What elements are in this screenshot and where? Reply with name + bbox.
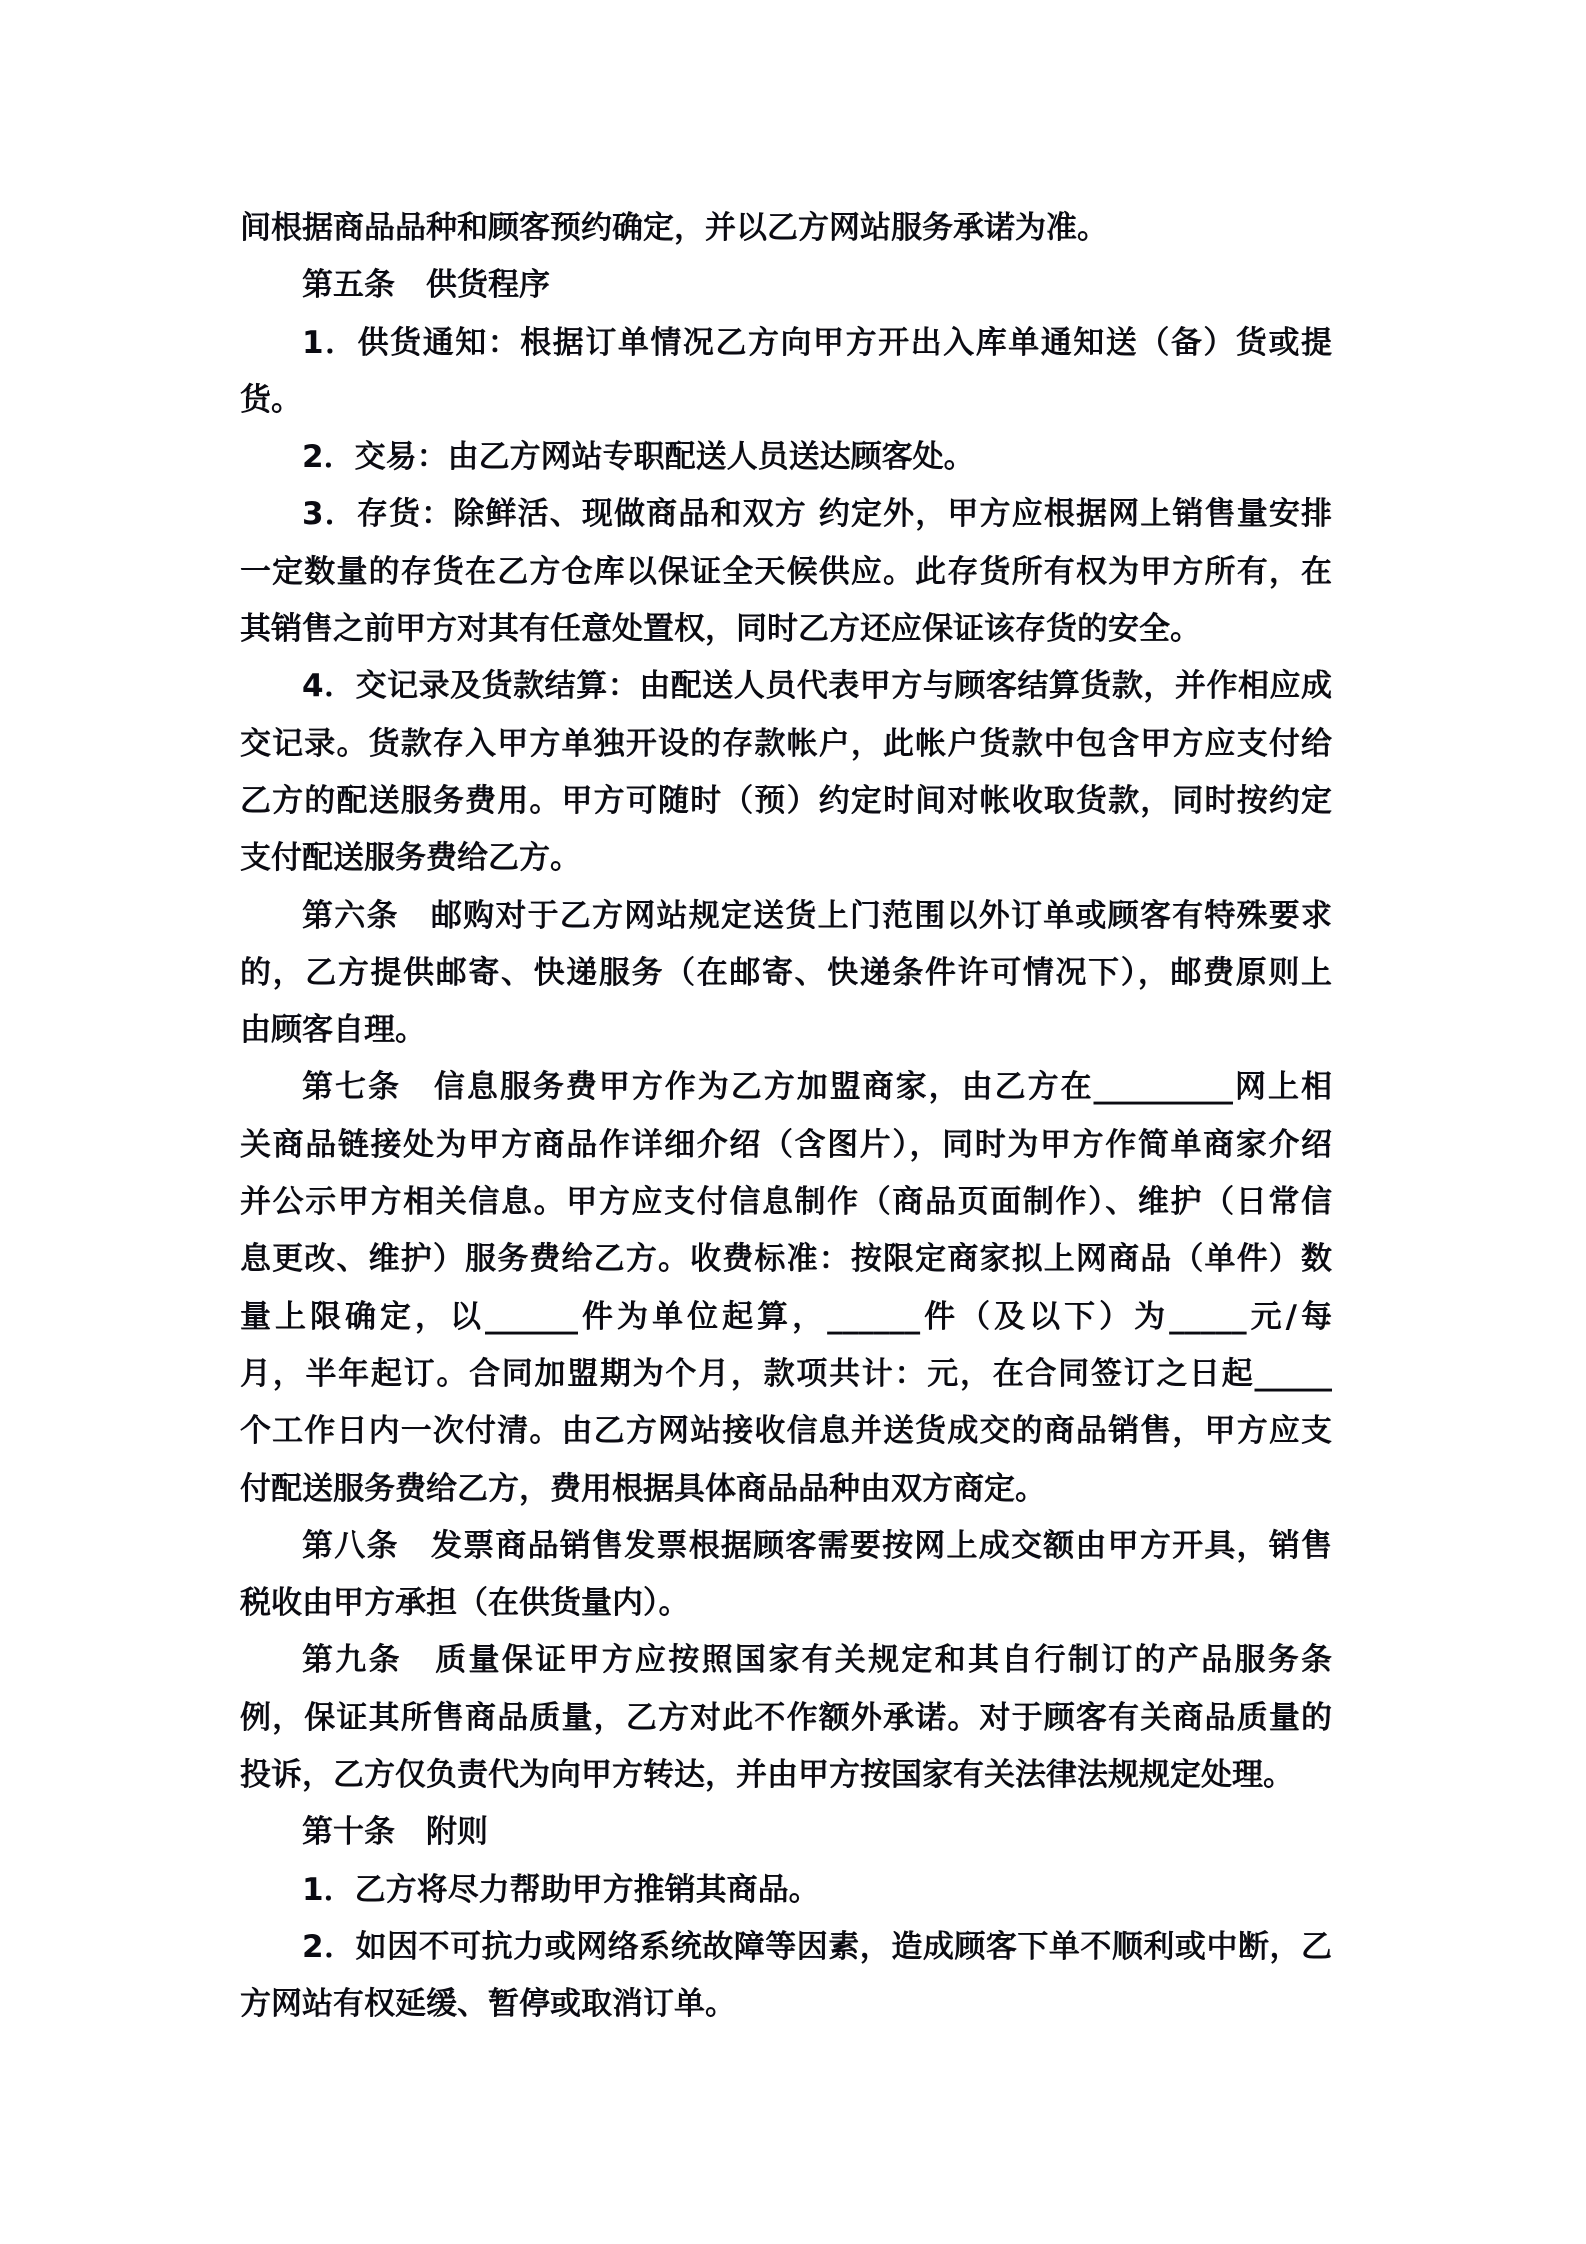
text-line: 量上限确定，以______件为单位起算，______件（及以下）为_____元/… — [240, 1289, 1332, 1346]
text-line: 付配送服务费给乙方，费用根据具体商品品种由双方商定。 — [240, 1461, 1332, 1518]
text-line: 货。 — [240, 372, 1332, 429]
text-line: 的，乙方提供邮寄、快递服务（在邮寄、快递条件许可情况下），邮费原则上 — [240, 945, 1332, 1002]
text-line: 投诉，乙方仅负责代为向甲方转达，并由甲方按国家有关法律法规规定处理。 — [240, 1747, 1332, 1804]
text-line: 息更改、维护）服务费给乙方。收费标准：按限定商家拟上网商品（单件）数 — [240, 1231, 1332, 1288]
text-line: 第九条 质量保证甲方应按照国家有关规定和其自行制订的产品服务条 — [240, 1632, 1332, 1689]
text-line: 第八条 发票商品销售发票根据顾客需要按网上成交额由甲方开具，销售 — [240, 1518, 1332, 1575]
text-line: 4．交记录及货款结算：由配送人员代表甲方与顾客结算货款，并作相应成 — [240, 658, 1332, 715]
text-line: 一定数量的存货在乙方仓库以保证全天候供应。此存货所有权为甲方所有，在 — [240, 544, 1332, 601]
text-line: 1．乙方将尽力帮助甲方推销其商品。 — [240, 1862, 1332, 1919]
text-line: 个工作日内一次付清。由乙方网站接收信息并送货成交的商品销售，甲方应支 — [240, 1403, 1332, 1460]
text-line: 关商品链接处为甲方商品作详细介绍（含图片），同时为甲方作简单商家介绍 — [240, 1117, 1332, 1174]
text-line: 第五条 供货程序 — [240, 257, 1332, 314]
text-line: 乙方的配送服务费用。甲方可随时（预）约定时间对帐收取货款，同时按约定 — [240, 773, 1332, 830]
text-line: 由顾客自理。 — [240, 1002, 1332, 1059]
text-line: 1．供货通知：根据订单情况乙方向甲方开出入库单通知送（备）货或提 — [240, 315, 1332, 372]
text-line: 第七条 信息服务费甲方作为乙方加盟商家，由乙方在_________网上相 — [240, 1059, 1332, 1116]
text-line: 交记录。货款存入甲方单独开设的存款帐户，此帐户货款中包含甲方应支付给 — [240, 716, 1332, 773]
text-line: 例，保证其所售商品质量，乙方对此不作额外承诺。对于顾客有关商品质量的 — [240, 1690, 1332, 1747]
text-line: 方网站有权延缓、暂停或取消订单。 — [240, 1976, 1332, 2033]
text-line: 月，半年起订。合同加盟期为个月，款项共计：元，在合同签订之日起_____ — [240, 1346, 1332, 1403]
text-line: 间根据商品品种和顾客预约确定，并以乙方网站服务承诺为准。 — [240, 200, 1332, 257]
text-line: 并公示甲方相关信息。甲方应支付信息制作（商品页面制作）、维护（日常信 — [240, 1174, 1332, 1231]
text-line: 3．存货：除鲜活、现做商品和双方 约定外，甲方应根据网上销售量安排 — [240, 486, 1332, 543]
contract-page: 间根据商品品种和顾客预约确定，并以乙方网站服务承诺为准。第五条 供货程序1．供货… — [0, 0, 1586, 2244]
text-line: 2．交易：由乙方网站专职配送人员送达顾客处。 — [240, 429, 1332, 486]
text-line: 支付配送服务费给乙方。 — [240, 830, 1332, 887]
text-line: 第六条 邮购对于乙方网站规定送货上门范围以外订单或顾客有特殊要求 — [240, 888, 1332, 945]
text-line: 税收由甲方承担（在供货量内）。 — [240, 1575, 1332, 1632]
text-line: 第十条 附则 — [240, 1804, 1332, 1861]
text-line: 2．如因不可抗力或网络系统故障等因素，造成顾客下单不顺利或中断，乙 — [240, 1919, 1332, 1976]
contract-text-block: 间根据商品品种和顾客预约确定，并以乙方网站服务承诺为准。第五条 供货程序1．供货… — [240, 200, 1332, 2034]
text-line: 其销售之前甲方对其有任意处置权，同时乙方还应保证该存货的安全。 — [240, 601, 1332, 658]
